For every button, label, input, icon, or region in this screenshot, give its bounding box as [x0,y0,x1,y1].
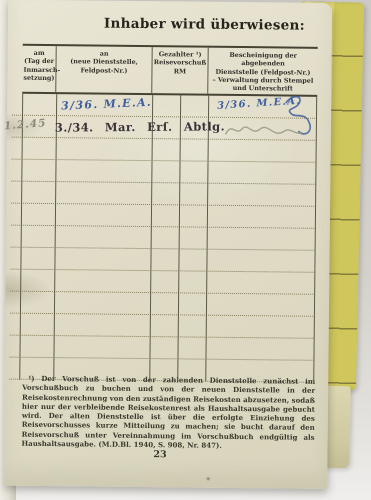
page-title: Inhaber wird überwiesen: [104,16,305,34]
table-row: 1.2.45 3./34. Mar. Erſ. Abtlg. [12,116,317,141]
table-row [11,182,316,207]
table-row: 3/36. M.E.A. 3/36. M.E.A. [12,94,317,119]
header-am: am (Tag der Inmarsch- setzung) [22,46,56,93]
document-page: Inhaber wird überwiesen: am (Tag der Inm… [3,0,332,489]
table-row [9,336,314,361]
transfer-table: am (Tag der Inmarsch- setzung) an (neue … [19,44,318,384]
table-body: 3/36. M.E.A. 3/36. M.E.A. 1.2.45 3./34. … [19,94,317,383]
table-row [11,226,316,251]
table-row [10,314,315,339]
header-an: an (neue Dienststelle, Feldpost-Nr.) [56,46,152,93]
header-vorschuss: Gezahlter ¹) Reisevorschuß RM [152,47,208,94]
table-row [11,204,316,229]
handwritten-unit-entry: 3/36. M.E.A. [61,96,152,113]
table-row [10,248,315,273]
header-bescheinigung: Bescheinigung der abgebenden Dienststell… [208,48,317,96]
table-row [11,160,316,185]
handwritten-date-entry: 1.2.45 [3,118,46,133]
unit-stamp: 3./34. Mar. Erſ. Abtlg. [55,120,225,135]
footnote: ¹) Der Vorschuß ist von der zahlenden Di… [22,374,316,451]
photo-background: Inhaber wird überwiesen: am (Tag der Inm… [0,0,371,500]
page-number: 23 [153,449,166,460]
pencil-signature [224,120,304,143]
table-row [10,270,315,295]
table-row [10,292,315,317]
table-header-row: am (Tag der Inmarsch- setzung) an (neue … [22,46,317,98]
